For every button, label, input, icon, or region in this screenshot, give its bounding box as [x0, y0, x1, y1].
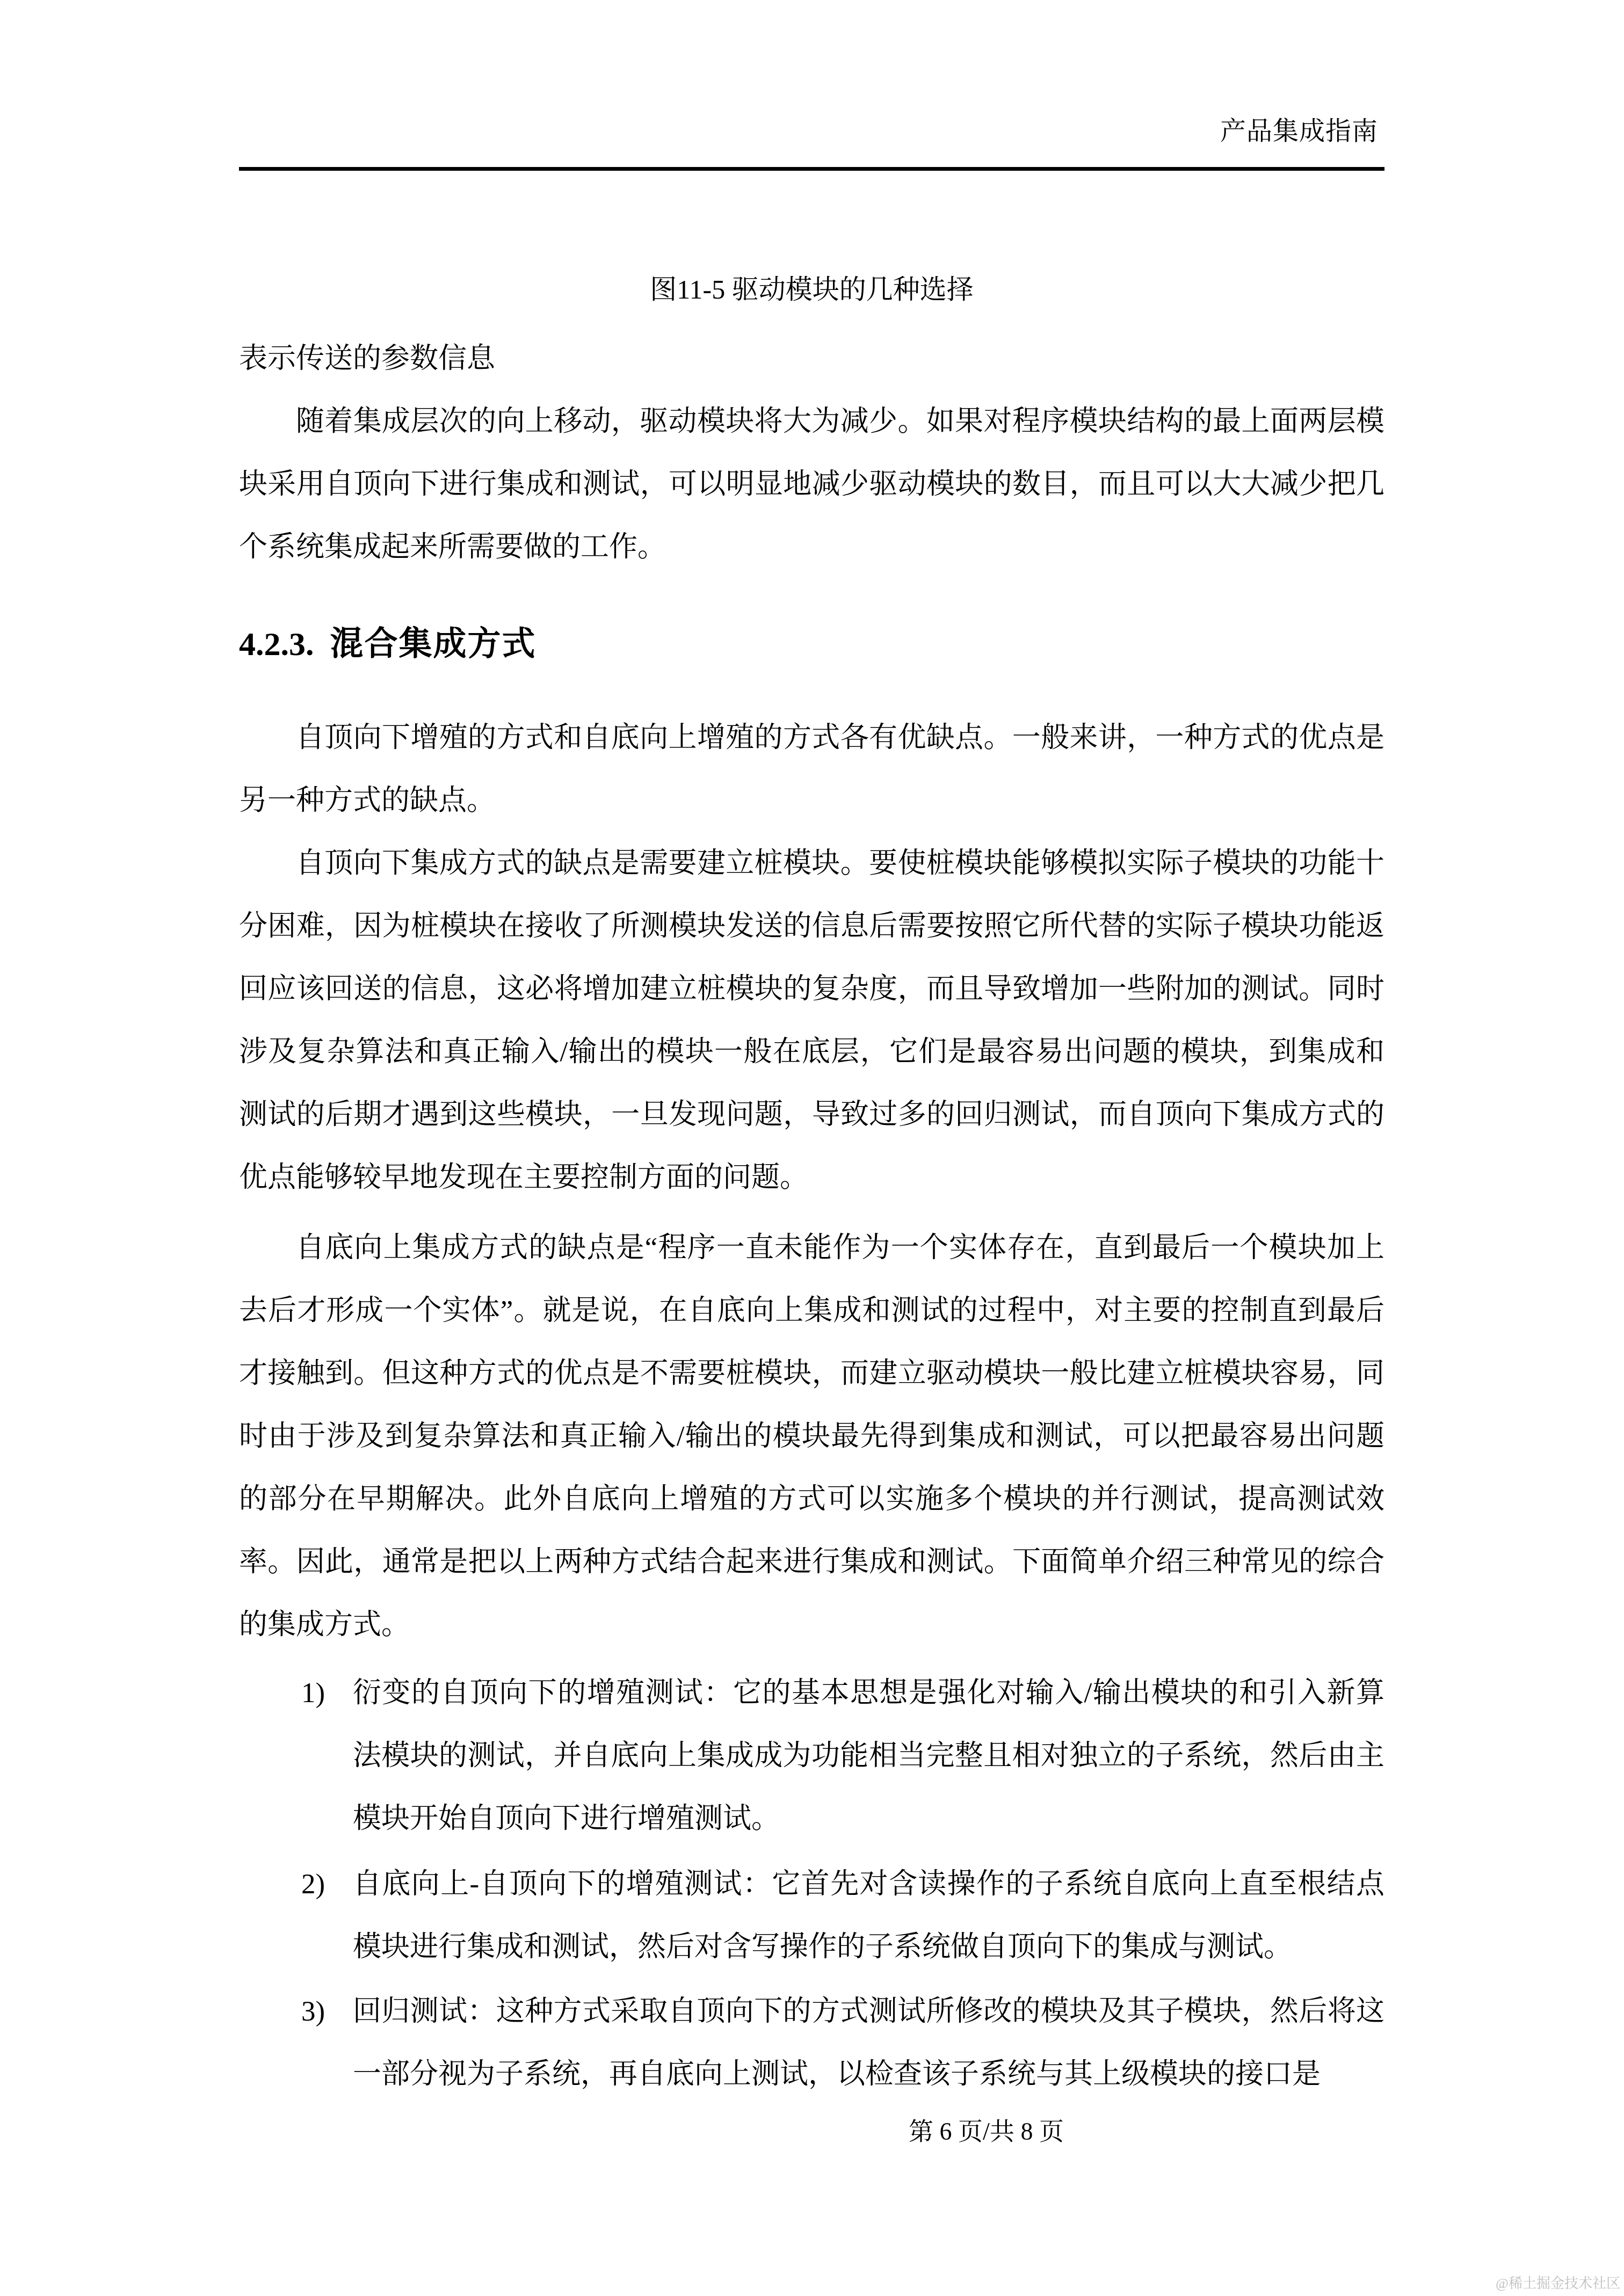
page-number-footer: 第 6 页/共 8 页 [414, 2117, 1559, 2147]
list-item-1: 1) 衍变的自顶向下的增殖测试：它的基本思想是强化对输入/输出模块的和引入新算法… [239, 1662, 1384, 1850]
list-item-1-text: 衍变的自顶向下的增殖测试：它的基本思想是强化对输入/输出模块的和引入新算法模块的… [353, 1677, 1384, 1834]
list-item-3-number: 3) [301, 1980, 325, 2043]
page-header-title: 产品集成指南 [239, 0, 1384, 147]
document-page: 产品集成指南 图11-5 驱动模块的几种选择 表示传送的参数信息 随着集成层次的… [0, 0, 1624, 2296]
list-item-2-text: 自底向上-自顶向下的增殖测试：它首先对含读操作的子系统自底向上直至根结点模块进行… [353, 1869, 1384, 1963]
figure-caption: 图11-5 驱动模块的几种选择 [239, 273, 1384, 306]
header-divider-line [239, 167, 1384, 171]
watermark-text: @稀土掘金技术社区 [1496, 2276, 1620, 2292]
section-heading: 4.2.3.混合集成方式 [239, 624, 1384, 664]
paragraph-top-down-drawbacks: 自顶向下集成方式的缺点是需要建立桩模块。要使桩模块能够模拟实际子模块的功能十分困… [239, 832, 1384, 1209]
figure-description-line: 表示传送的参数信息 [239, 328, 1384, 390]
list-item-1-number: 1) [301, 1662, 325, 1725]
section-title: 混合集成方式 [330, 626, 536, 663]
list-item-3-text: 回归测试：这种方式采取自顶向下的方式测试所修改的模块及其子模块，然后将这一部分视… [353, 1996, 1384, 2090]
section-number: 4.2.3. [239, 626, 314, 663]
list-item-2-number: 2) [301, 1853, 325, 1916]
paragraph-bottom-up-drawbacks: 自底向上集成方式的缺点是“程序一直未能作为一个实体存在，直到最后一个模块加上去后… [239, 1217, 1384, 1656]
paragraph-driver-modules: 随着集成层次的向上移动，驱动模块将大为减少。如果对程序模块结构的最上面两层模块采… [239, 390, 1384, 579]
list-item-2: 2) 自底向上-自顶向下的增殖测试：它首先对含读操作的子系统自底向上直至根结点模… [239, 1853, 1384, 1979]
list-item-3: 3) 回归测试：这种方式采取自顶向下的方式测试所修改的模块及其子模块，然后将这一… [239, 1980, 1384, 2106]
paragraph-pros-cons: 自顶向下增殖的方式和自底向上增殖的方式各有优缺点。一般来讲，一种方式的优点是另一… [239, 707, 1384, 832]
